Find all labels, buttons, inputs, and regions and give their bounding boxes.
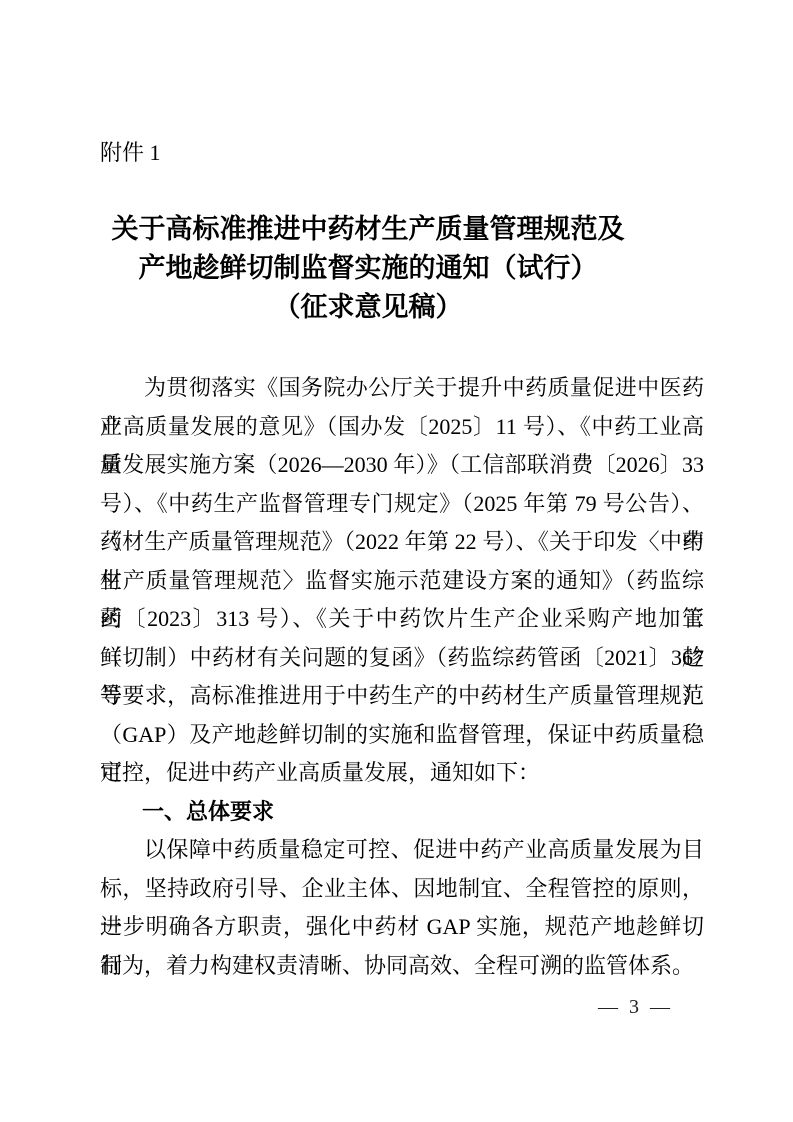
- body-line: 标，坚持政府引导、企业主体、因地制宜、全程管控的原则，进: [100, 870, 704, 909]
- body-line: 行为，着力构建权责清晰、协同高效、全程可溯的监管体系。: [100, 947, 704, 986]
- title-line: （征求意见稿）: [68, 288, 668, 327]
- title-line: 关于高标准推进中药材生产质量管理规范及: [68, 210, 668, 249]
- body-line: 鲜切制）中药材有关问题的复函》（药监综药管函〔2021〕367 号）: [100, 639, 704, 678]
- title-line: 产地趁鲜切制监督实施的通知（试行）: [68, 249, 668, 288]
- body-line: 量发展实施方案（2026—2030 年）》（工信部联消费〔2026〕33: [100, 446, 704, 485]
- body-line: 以保障中药质量稳定可控、促进中药产业高质量发展为目: [100, 831, 704, 870]
- section-heading: 一、总体要求: [100, 793, 704, 832]
- body-line: 生产质量管理规范〉监督实施示范建设方案的通知》（药监综药管: [100, 562, 704, 601]
- body-line: 为贯彻落实《国务院办公厅关于提升中药质量促进中医药产: [100, 369, 704, 408]
- body-line: 号）、《中药生产监督管理专门规定》（2025 年第 79 号公告）、《中: [100, 485, 704, 524]
- body-line: 可控，促进中药产业高质量发展，通知如下：: [100, 754, 704, 793]
- attachment-label: 附件 1: [100, 139, 161, 167]
- body-line: 函〔2023〕313 号）、《关于中药饮片生产企业采购产地加工（趁: [100, 600, 704, 639]
- body-line: 一步明确各方职责，强化中药材 GAP 实施，规范产地趁鲜切制: [100, 908, 704, 947]
- document-title: 关于高标准推进中药材生产质量管理规范及 产地趁鲜切制监督实施的通知（试行） （征…: [68, 210, 668, 327]
- body-line: 等要求，高标准推进用于中药生产的中药材生产质量管理规范: [100, 677, 704, 716]
- body-line: 业高质量发展的意见》（国办发〔2025〕11 号）、《中药工业高质: [100, 408, 704, 447]
- page-number: — 3 —: [598, 996, 673, 1019]
- body-line: 药材生产质量管理规范》（2022 年第 22 号）、《关于印发〈中药材: [100, 523, 704, 562]
- document-body: 为贯彻落实《国务院办公厅关于提升中药质量促进中医药产 业高质量发展的意见》（国办…: [100, 369, 704, 985]
- document-page: 附件 1 关于高标准推进中药材生产质量管理规范及 产地趁鲜切制监督实施的通知（试…: [0, 0, 793, 1122]
- body-line: （GAP）及产地趁鲜切制的实施和监督管理，保证中药质量稳定: [100, 716, 704, 755]
